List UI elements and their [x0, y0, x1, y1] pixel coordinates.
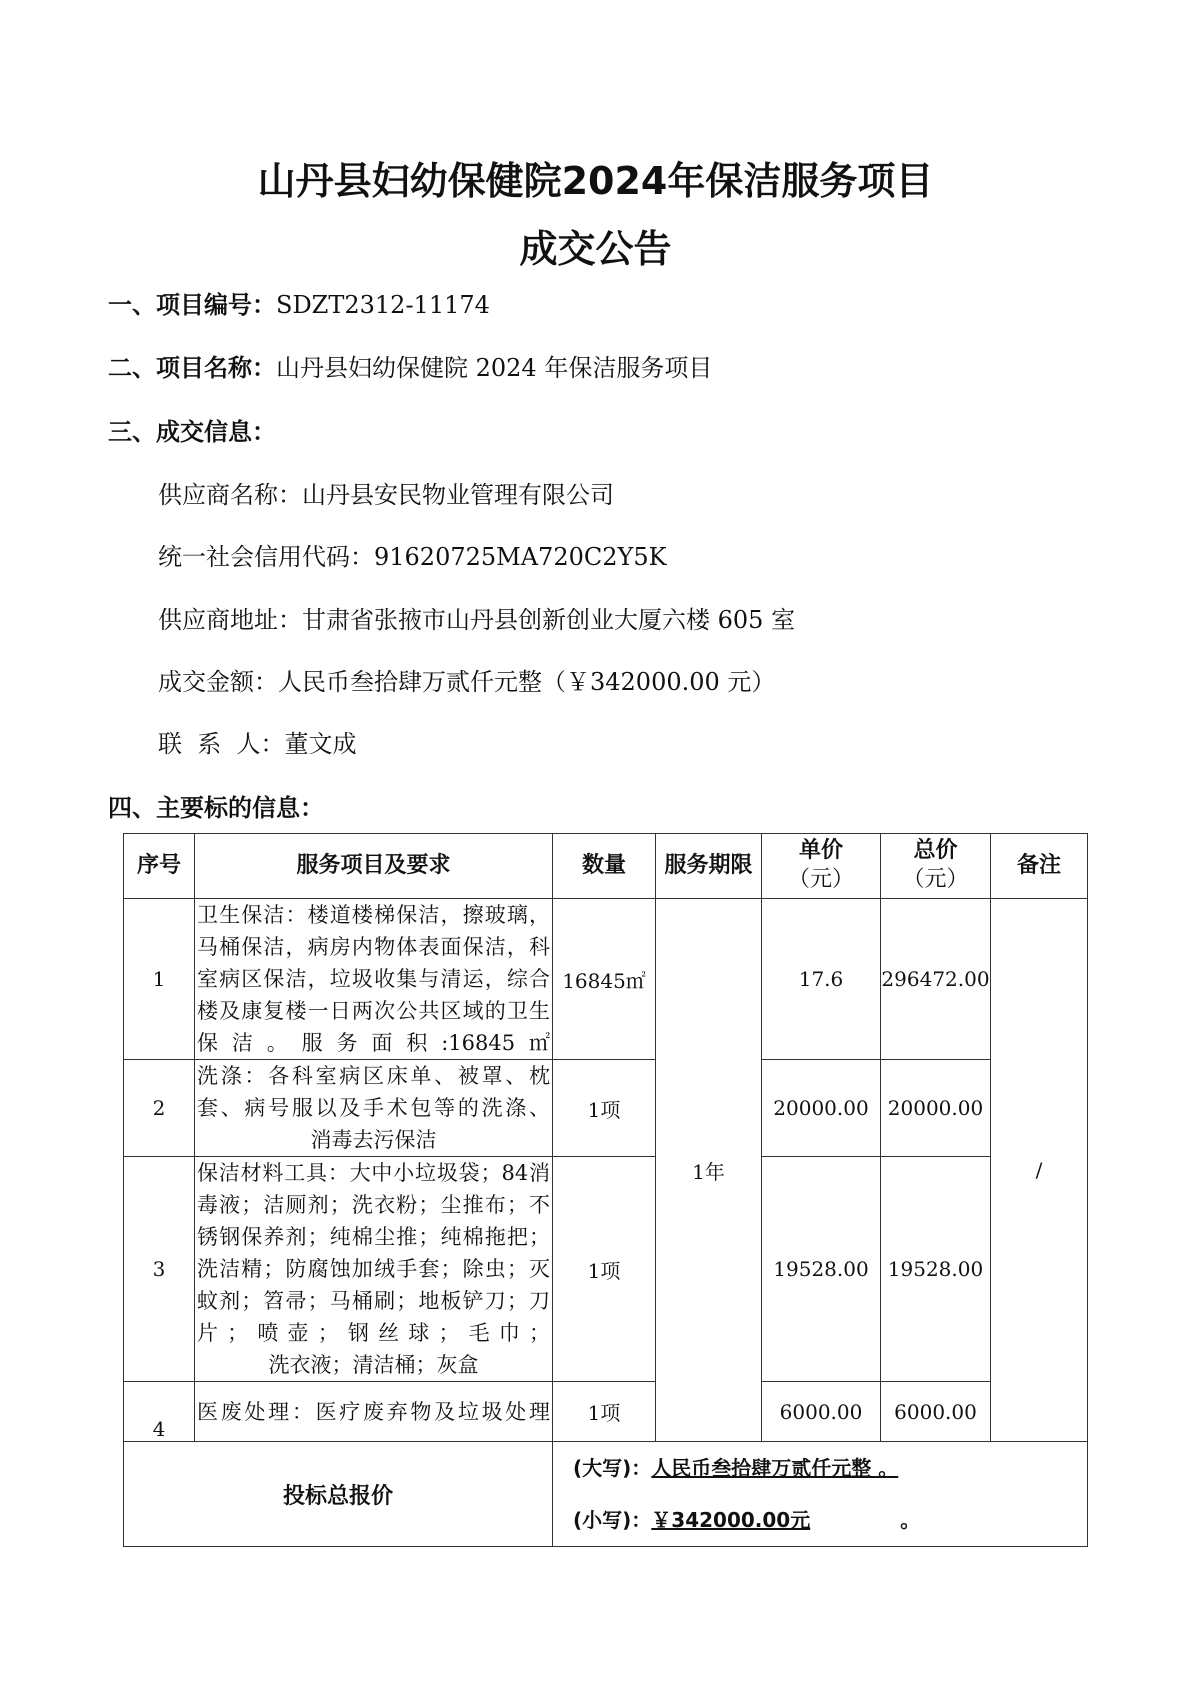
supplier-name: 供应商名称：山丹县安民物业管理有限公司 — [158, 475, 614, 510]
row-qty: 1项 — [553, 1382, 656, 1442]
remark: / — [991, 899, 1088, 1442]
row-total-price: 296472.00 — [881, 899, 991, 1060]
project-number: 一、项目编号：SDZT2312-11174 — [108, 285, 490, 320]
row-desc: 洗涤：各科室病区床单、被罩、枕套、病号服以及手术包等的洗涤、消毒去污保洁 — [195, 1060, 553, 1157]
row-no: 4 — [124, 1382, 195, 1442]
row-qty: 1项 — [553, 1060, 656, 1157]
header-qty: 数量 — [553, 834, 656, 899]
table-row: 1 卫生保洁：楼道楼梯保洁，擦玻璃，马桶保洁，病房内物体表面保洁，科室病区保洁，… — [124, 899, 1088, 1060]
header-period: 服务期限 — [656, 834, 762, 899]
header-no: 序号 — [124, 834, 195, 899]
row-unit-price: 6000.00 — [762, 1382, 881, 1442]
deal-amount: 成交金额：人民币叁拾肆万贰仟元整（￥342000.00 元） — [158, 662, 775, 697]
row-no: 2 — [124, 1060, 195, 1157]
row-desc: 保洁材料工具：大中小垃圾袋；84消毒液；洁厕剂；洗衣粉；尘推布；不锈钢保养剂；纯… — [195, 1157, 553, 1382]
deal-info-heading: 三、成交信息： — [108, 412, 276, 447]
row-total-price: 6000.00 — [881, 1382, 991, 1442]
row-no: 1 — [124, 899, 195, 1060]
deal-info-label: 三、成交信息： — [108, 418, 276, 446]
row-desc: 医废处理：医疗废弃物及垃圾处理 — [195, 1382, 553, 1442]
project-name-value: 山丹县妇幼保健院 2024 年保洁服务项目 — [276, 354, 712, 382]
credit-code: 统一社会信用代码：91620725MA720C2Y5K — [158, 537, 667, 572]
row-desc: 卫生保洁：楼道楼梯保洁，擦玻璃，马桶保洁，病房内物体表面保洁，科室病区保洁，垃圾… — [195, 899, 553, 1060]
row-qty: 16845㎡ — [553, 899, 656, 1060]
contact-person: 联 系 人：董文成 — [158, 724, 357, 759]
table-row: 2 洗涤：各科室病区床单、被罩、枕套、病号服以及手术包等的洗涤、消毒去污保洁 1… — [124, 1060, 1088, 1157]
header-total-price: 总价（元） — [881, 834, 991, 899]
row-no: 3 — [124, 1157, 195, 1382]
supplier-address: 供应商地址：甘肃省张掖市山丹县创新创业大厦六楼 605 室 — [158, 600, 795, 635]
row-unit-price: 17.6 — [762, 899, 881, 1060]
project-number-label: 一、项目编号： — [108, 291, 276, 319]
project-name-label: 二、项目名称： — [108, 354, 276, 382]
row-unit-price: 19528.00 — [762, 1157, 881, 1382]
table-header-row: 序号 服务项目及要求 数量 服务期限 单价（元） 总价（元） 备注 — [124, 834, 1088, 899]
row-total-price: 19528.00 — [881, 1157, 991, 1382]
service-period: 1年 — [656, 899, 762, 1442]
project-name: 二、项目名称：山丹县妇幼保健院 2024 年保洁服务项目 — [108, 348, 712, 383]
header-item: 服务项目及要求 — [195, 834, 553, 899]
document-subtitle: 成交公告 — [0, 218, 1191, 273]
subject-table: 序号 服务项目及要求 数量 服务期限 单价（元） 总价（元） 备注 1 卫生保洁… — [123, 833, 1088, 1547]
row-total-price: 20000.00 — [881, 1060, 991, 1157]
total-upper: 人民币叁拾肆万贰仟元整 。 — [651, 1456, 898, 1480]
total-value: (大写)：人民币叁拾肆万贰仟元整 。 (小写)：￥342000.00元。 — [553, 1442, 1088, 1547]
table-row: 3 保洁材料工具：大中小垃圾袋；84消毒液；洁厕剂；洗衣粉；尘推布；不锈钢保养剂… — [124, 1157, 1088, 1382]
row-unit-price: 20000.00 — [762, 1060, 881, 1157]
header-unit-price: 单价（元） — [762, 834, 881, 899]
table-row: 4 医废处理：医疗废弃物及垃圾处理 1项 6000.00 6000.00 — [124, 1382, 1088, 1442]
total-row: 投标总报价 (大写)：人民币叁拾肆万贰仟元整 。 (小写)：￥342000.00… — [124, 1442, 1088, 1547]
main-subject-heading: 四、主要标的信息： — [108, 788, 324, 823]
total-lower: ￥342000.00元 — [651, 1508, 900, 1532]
header-remark: 备注 — [991, 834, 1088, 899]
document-title: 山丹县妇幼保健院2024年保洁服务项目 — [0, 150, 1191, 205]
total-label: 投标总报价 — [124, 1442, 553, 1547]
row-qty: 1项 — [553, 1157, 656, 1382]
main-subject-label: 四、主要标的信息： — [108, 794, 324, 822]
project-number-value: SDZT2312-11174 — [276, 291, 490, 319]
